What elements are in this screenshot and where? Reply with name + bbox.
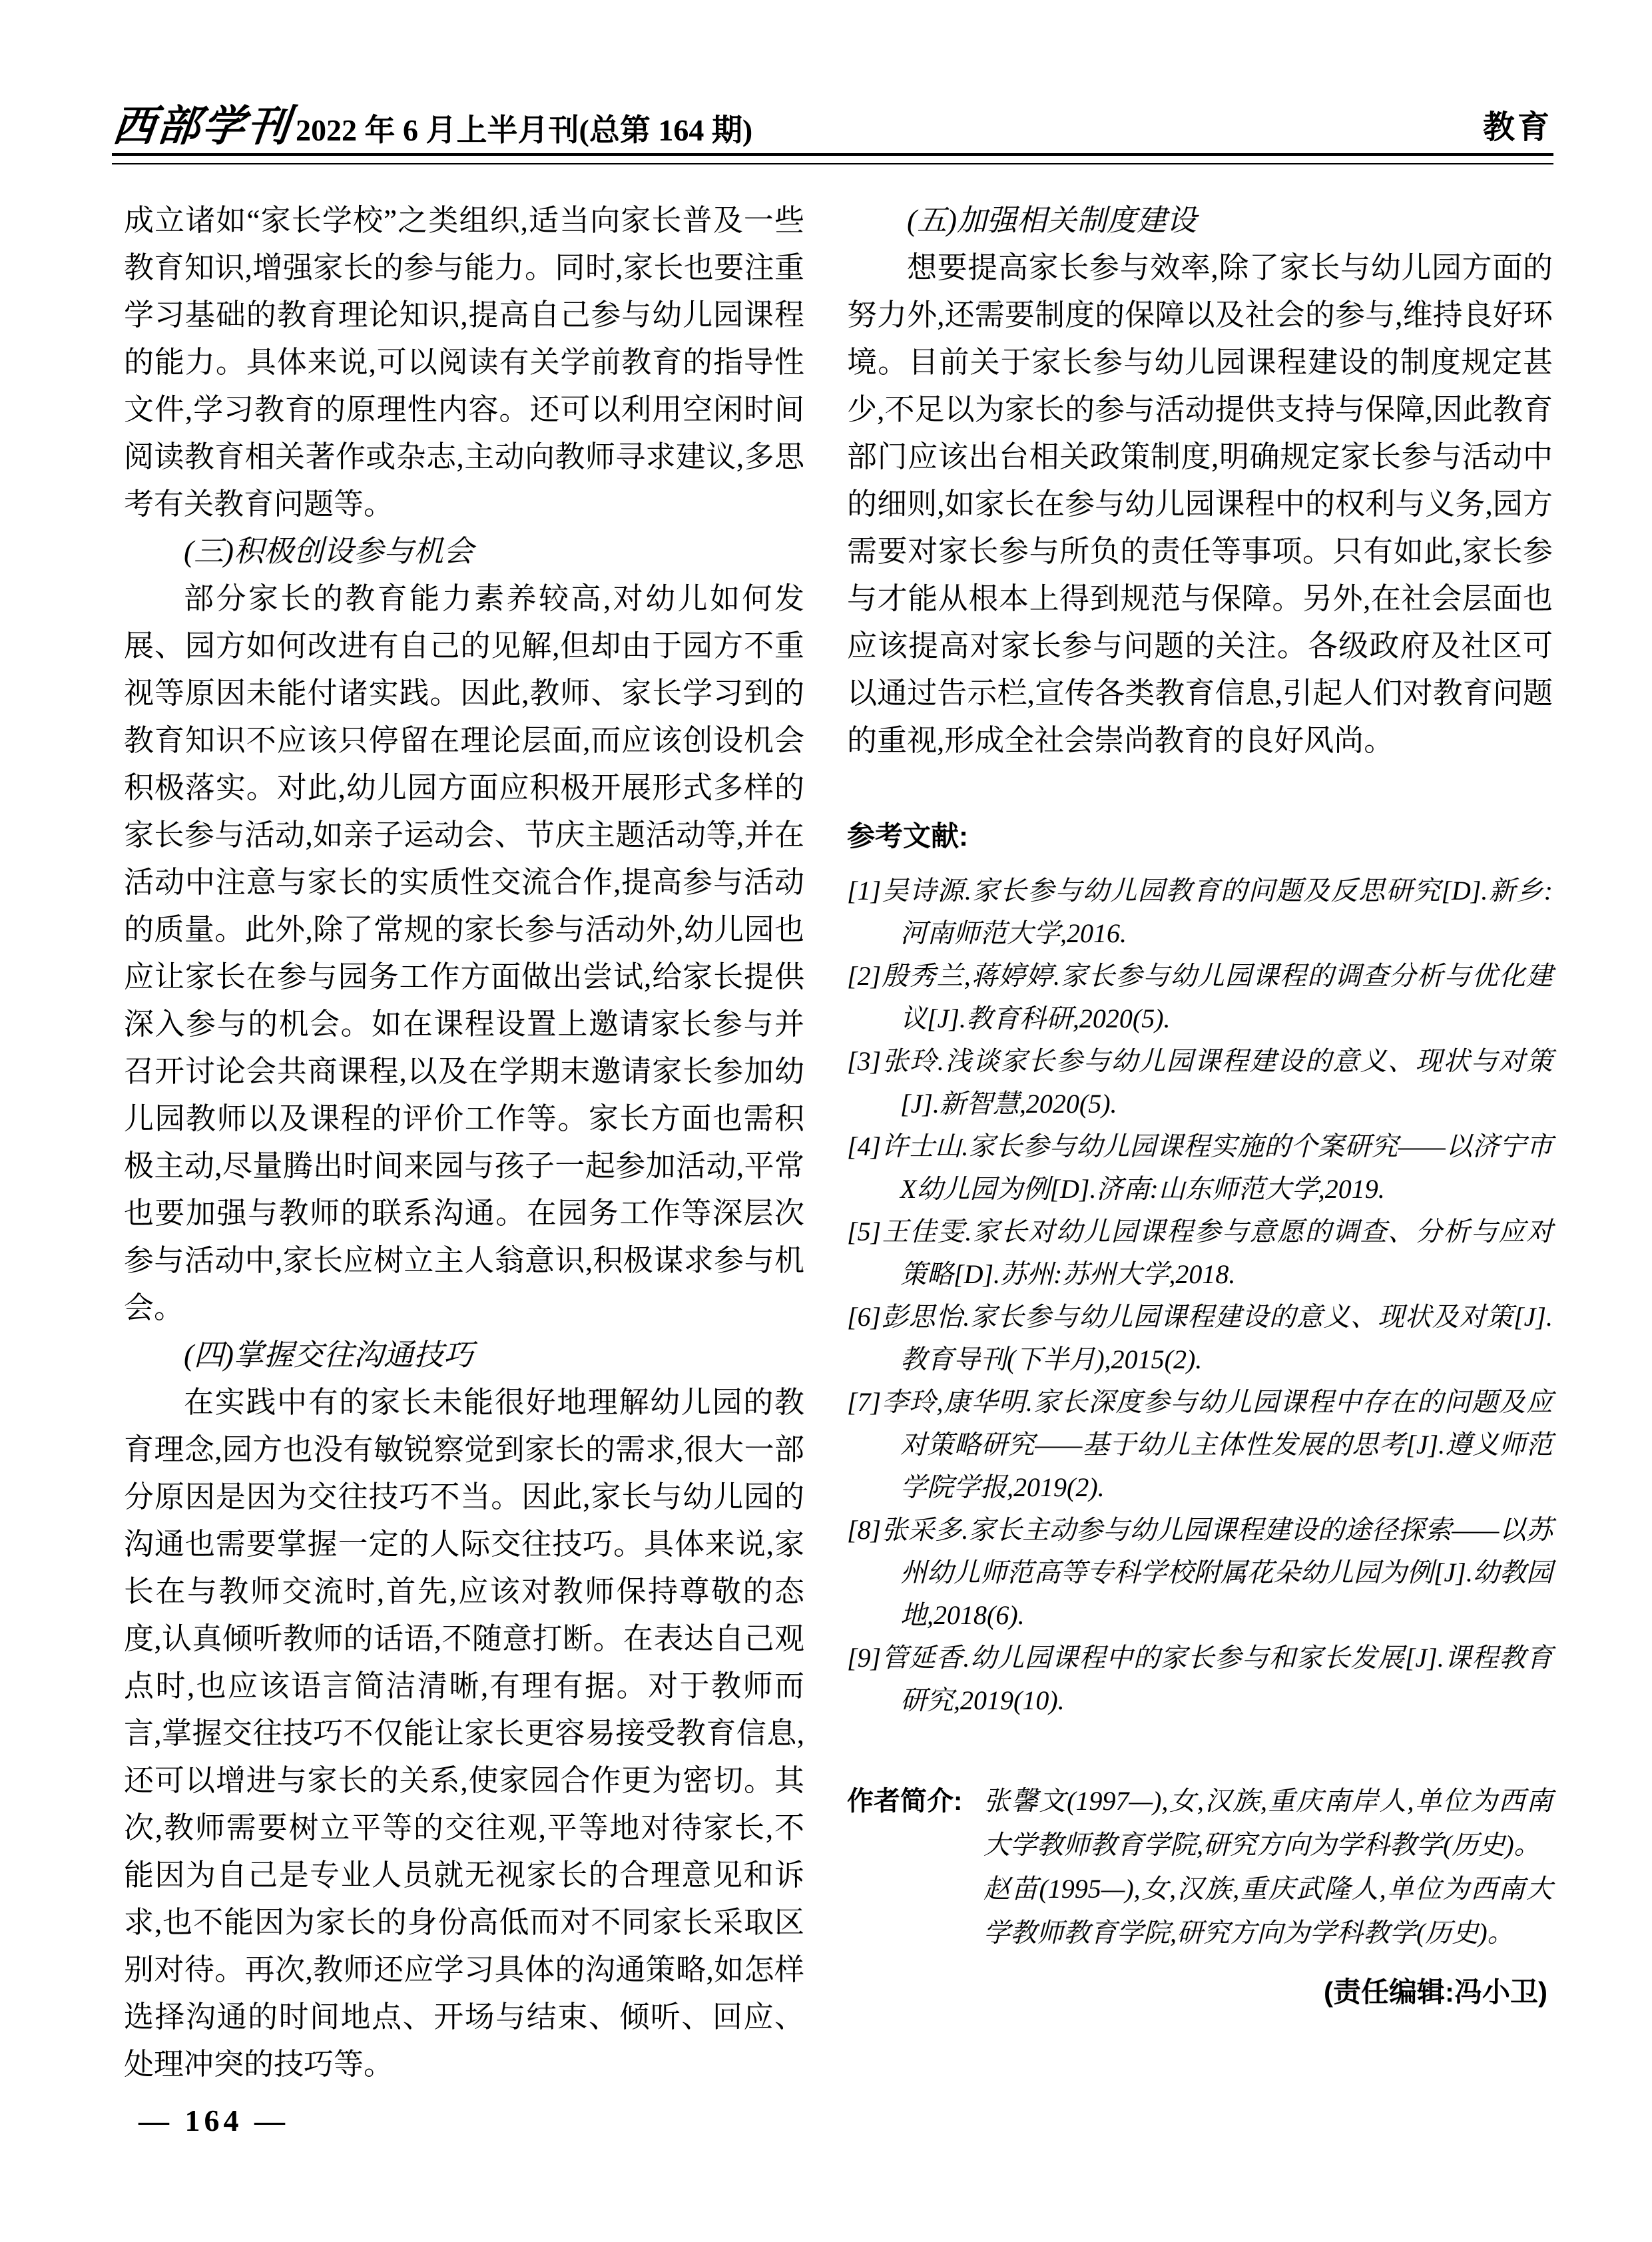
continuation-paragraph: 成立诸如“家长学校”之类组织,适当向家长普及一些教育知识,增强家长的参与能力。同… [124, 197, 804, 528]
reference-item: [4]许士山.家长参与幼儿园课程实施的个案研究——以济宁市X幼儿园为例[D].济… [847, 1125, 1553, 1211]
section-4-heading: (四)掌握交往沟通技巧 [124, 1332, 804, 1379]
page-number: — 164 — [138, 2103, 289, 2138]
section-5-paragraph: 想要提高家长参与效率,除了家长与幼儿园方面的努力外,还需要制度的保障以及社会的参… [847, 244, 1553, 764]
right-column: (五)加强相关制度建设 想要提高家长参与效率,除了家长与幼儿园方面的努力外,还需… [847, 197, 1553, 2012]
author-bio-label: 作者简介: [847, 1779, 962, 1823]
author-bio-item: 赵苗(1995—),女,汉族,重庆武隆人,单位为西南大学教师教育学院,研究方向为… [983, 1867, 1553, 1955]
header-divider-bottom [112, 163, 1553, 164]
journal-logo: 西部学刊 [110, 92, 295, 153]
section-5-heading: (五)加强相关制度建设 [847, 197, 1553, 244]
reference-item: [3]张玲.浅谈家长参与幼儿园课程建设的意义、现状与对策[J].新智慧,2020… [847, 1040, 1553, 1125]
reference-item: [9]管延香.幼儿园课程中的家长参与和家长发展[J].课程教育研究,2019(1… [847, 1637, 1553, 1722]
left-column: 成立诸如“家长学校”之类组织,适当向家长普及一些教育知识,增强家长的参与能力。同… [124, 197, 804, 2088]
reference-item: [6]彭思怡.家长参与幼儿园课程建设的意义、现状及对策[J].教育导刊(下半月)… [847, 1296, 1553, 1381]
references-list: [1]吴诗源.家长参与幼儿园教育的问题及反思研究[D].新乡:河南师范大学,20… [847, 870, 1553, 1722]
editor-note: (责任编辑:冯小卫) [847, 1972, 1553, 2012]
section-4-paragraph: 在实践中有的家长未能很好地理解幼儿园的教育理念,园方也没有敏锐察觉到家长的需求,… [124, 1379, 804, 2088]
header-divider-top [112, 153, 1553, 156]
section-3-paragraph: 部分家长的教育能力素养较高,对幼儿如何发展、园方如何改进有自己的见解,但却由于园… [124, 575, 804, 1332]
reference-item: [7]李玲,康华明.家长深度参与幼儿园课程中存在的问题及应对策略研究——基于幼儿… [847, 1381, 1553, 1509]
reference-item: [5]王佳雯.家长对幼儿园课程参与意愿的调查、分析与应对策略[D].苏州:苏州大… [847, 1211, 1553, 1296]
page-header-left: 西部学刊 2022 年 6 月上半月刊(总第 164 期) [113, 92, 752, 153]
reference-item: [8]张采多.家长主动参与幼儿园课程建设的途径探索——以苏州幼儿师范高等专科学校… [847, 1509, 1553, 1637]
reference-item: [1]吴诗源.家长参与幼儿园教育的问题及反思研究[D].新乡:河南师范大学,20… [847, 870, 1553, 955]
header-category-label: 教育 [1483, 101, 1552, 147]
reference-item: [2]殷秀兰,蒋婷婷.家长参与幼儿园课程的调查分析与优化建议[J].教育科研,2… [847, 955, 1553, 1040]
issue-info: 2022 年 6 月上半月刊(总第 164 期) [296, 106, 752, 150]
journal-page: 西部学刊 2022 年 6 月上半月刊(总第 164 期) 教育 成立诸如“家长… [0, 0, 1652, 2242]
author-bio-list: 张馨文(1997—),女,汉族,重庆南岸人,单位为西南大学教师教育学院,研究方向… [983, 1779, 1553, 1955]
section-3-heading: (三)积极创设参与机会 [124, 528, 804, 575]
author-bio-section: 作者简介: 张馨文(1997—),女,汉族,重庆南岸人,单位为西南大学教师教育学… [847, 1779, 1553, 1955]
references-heading: 参考文献: [847, 816, 1553, 856]
author-bio-item: 张馨文(1997—),女,汉族,重庆南岸人,单位为西南大学教师教育学院,研究方向… [983, 1779, 1553, 1867]
